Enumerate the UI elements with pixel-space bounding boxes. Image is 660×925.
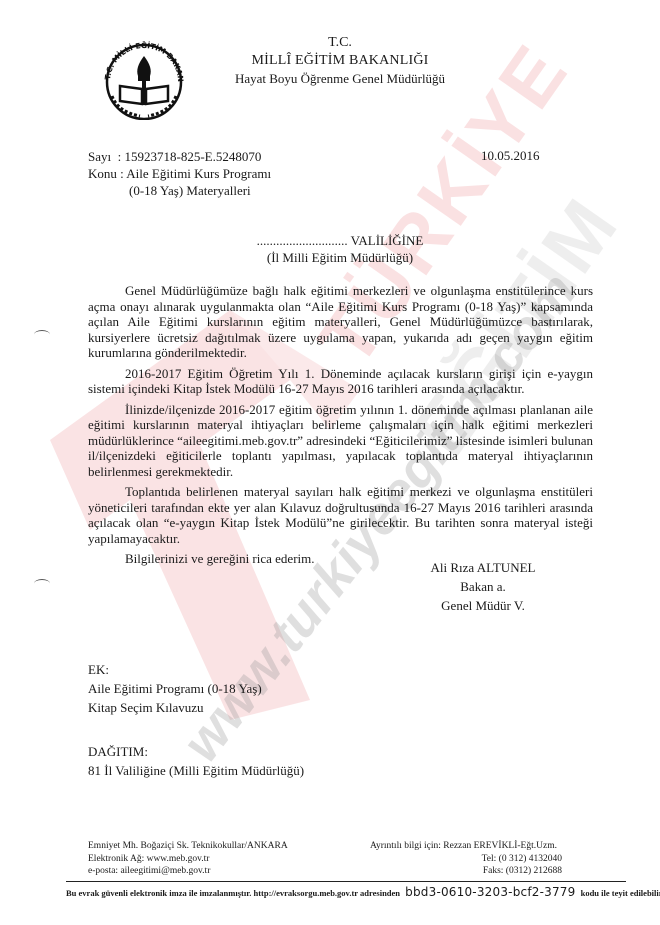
signature-block: Ali Rıza ALTUNEL Bakan a. Genel Müdür V. xyxy=(418,558,548,615)
konu-value: : Aile Eğitimi Kurs Programı xyxy=(120,166,271,181)
signatory-name: Ali Rıza ALTUNEL xyxy=(418,558,548,577)
footer-verification: Bu evrak güvenli elektronik imza ile imz… xyxy=(66,885,646,899)
punch-hole-mark xyxy=(34,579,50,588)
footer-address: Emniyet Mh. Boğaziçi Sk. Teknikokullar/A… xyxy=(88,840,288,853)
konu-value-line2: (0-18 Yaş) Materyalleri xyxy=(88,182,271,199)
addressee-line1: ............................ VALİLİĞİNE xyxy=(200,232,480,249)
distribution-item: 81 İl Valiliğine (Milli Eğitim Müdürlüğü… xyxy=(88,761,304,780)
distribution: DAĞITIM: 81 İl Valiliğine (Milli Eğitim … xyxy=(88,742,304,780)
attachment-item: Kitap Seçim Kılavuzu xyxy=(88,698,262,717)
footer-address-block: Emniyet Mh. Boğaziçi Sk. Teknikokullar/A… xyxy=(88,840,288,878)
footer-contact: Ayrıntılı bilgi için: Rezzan EREVİKLİ-Eğ… xyxy=(370,840,562,853)
letterhead-ministry: MİLLÎ EĞİTİM BAKANLIĞI xyxy=(200,52,480,70)
footer-web: Elektronik Ağ: www.meb.gov.tr xyxy=(88,853,288,866)
konu-label: Konu xyxy=(88,166,117,181)
letterhead: T.C. MİLLÎ EĞİTİM BAKANLIĞI Hayat Boyu Ö… xyxy=(200,34,480,88)
addressee-line2: (İl Milli Eğitim Müdürlüğü) xyxy=(200,249,480,266)
sayi-value: : 15923718-825-E.5248070 xyxy=(118,149,262,164)
attachments: EK: Aile Eğitimi Programı (0-18 Yaş) Kit… xyxy=(88,660,262,717)
letterhead-tc: T.C. xyxy=(200,34,480,52)
ministry-logo-icon: T.C. MİLLİ EĞİTİM BAKANLIĞI xyxy=(100,36,188,120)
footer-email: e-posta: aileegitimi@meb.gov.tr xyxy=(88,865,288,878)
sayi-label: Sayı xyxy=(88,149,111,164)
verify-suffix: kodu ile teyit edilebilir. xyxy=(581,888,660,898)
verify-code: bbd3-0610-3203-bcf2-3779 xyxy=(405,885,575,899)
footer-divider xyxy=(66,881,626,882)
footer-contact-block: Ayrıntılı bilgi için: Rezzan EREVİKLİ-Eğ… xyxy=(370,840,562,878)
distribution-label: DAĞITIM: xyxy=(88,742,304,761)
verify-prefix: Bu evrak güvenli elektronik imza ile imz… xyxy=(66,888,400,898)
body-paragraph: İlinizde/ilçenizde 2016-2017 eğitim öğre… xyxy=(88,402,593,480)
attachment-item: Aile Eğitimi Programı (0-18 Yaş) xyxy=(88,679,262,698)
letter-body: Genel Müdürlüğümüze bağlı halk eğitimi m… xyxy=(88,283,593,572)
addressee: ............................ VALİLİĞİNE … xyxy=(200,232,480,266)
body-paragraph: 2016-2017 Eğitim Öğretim Yılı 1. Dönemin… xyxy=(88,366,593,397)
body-paragraph: Toplantıda belirlenen materyal sayıları … xyxy=(88,484,593,546)
footer-tel: Tel: (0 312) 4132040 xyxy=(370,853,562,866)
attachments-label: EK: xyxy=(88,660,262,679)
document-date: 10.05.2016 xyxy=(481,148,540,164)
document-page: TÜRKİYE EĞİTİM www.turkiyeegitim.com T.C… xyxy=(0,0,660,925)
signatory-title1: Bakan a. xyxy=(418,577,548,596)
punch-hole-mark xyxy=(34,330,50,339)
document-meta: Sayı : 15923718-825-E.5248070 Konu : Ail… xyxy=(88,148,271,199)
letterhead-directorate: Hayat Boyu Öğrenme Genel Müdürlüğü xyxy=(200,70,480,88)
footer-fax: Faks: (0312) 212688 xyxy=(370,865,562,878)
signatory-title2: Genel Müdür V. xyxy=(418,596,548,615)
body-paragraph: Genel Müdürlüğümüze bağlı halk eğitimi m… xyxy=(88,283,593,361)
